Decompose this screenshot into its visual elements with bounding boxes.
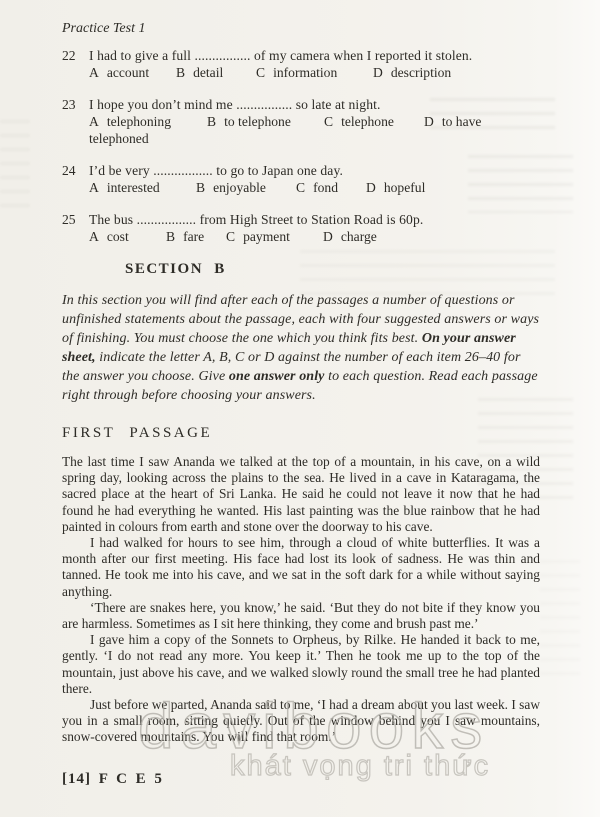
option-letter: D [323, 228, 333, 245]
first-passage-text: The last time I saw Ananda we talked at … [62, 454, 540, 746]
answer-option: Bfare [166, 228, 226, 245]
option-letter: C [226, 228, 235, 245]
question-text: I had to give a full ................ of… [89, 47, 540, 64]
question-item: 25The bus ................. from High St… [62, 211, 540, 245]
option-word: interested [107, 180, 160, 195]
instructions-segment: one answer only [229, 369, 325, 384]
question-number: 25 [62, 211, 89, 245]
answer-option: Atelephoning [89, 113, 207, 130]
question-body: I had to give a full ................ of… [89, 47, 540, 81]
option-word: detail [193, 65, 223, 80]
answer-option: Cfond [296, 179, 366, 196]
bleed-through-artifact [0, 120, 30, 210]
question-body: The bus ................. from High Stre… [89, 211, 540, 245]
answer-option: Bdetail [176, 64, 256, 81]
option-letter: A [89, 179, 99, 196]
question-number: 24 [62, 162, 89, 196]
section-b-heading: SECTION B [125, 260, 540, 278]
question-body: I hope you don’t mind me ...............… [89, 96, 540, 147]
option-word: account [107, 65, 149, 80]
option-letter: C [296, 179, 305, 196]
first-passage-heading: FIRST PASSAGE [62, 424, 540, 442]
option-word: fond [313, 180, 338, 195]
option-letter: B [166, 228, 175, 245]
answer-option: Acost [89, 228, 166, 245]
option-letter: A [89, 64, 99, 81]
option-word: description [391, 65, 451, 80]
question-item: 22I had to give a full ................ … [62, 47, 540, 81]
option-word: enjoyable [213, 180, 266, 195]
page-footer: [14] F C E 5 [62, 771, 163, 788]
question-item: 24I’d be very ................. to go to… [62, 162, 540, 196]
answer-option: Cpayment [226, 228, 323, 245]
answer-option: Aaccount [89, 64, 176, 81]
option-word: to have [442, 114, 482, 129]
option-letter: D [366, 179, 376, 196]
answer-option: Bto telephone [207, 113, 324, 130]
option-letter: B [207, 113, 216, 130]
passage-paragraph: I had walked for hours to see him, throu… [62, 535, 540, 600]
option-letter: A [89, 113, 99, 130]
question-text: I hope you don’t mind me ...............… [89, 96, 540, 113]
option-word: hopeful [384, 180, 426, 195]
option-letter: C [256, 64, 265, 81]
answer-option: Dto have [424, 113, 481, 130]
option-word: cost [107, 229, 129, 244]
option-word: fare [183, 229, 204, 244]
option-letter: D [373, 64, 383, 81]
answer-option: Dhopeful [366, 179, 425, 196]
option-word: telephoning [107, 114, 171, 129]
answer-option: Cinformation [256, 64, 373, 81]
passage-paragraph: I gave him a copy of the Sonnets to Orph… [62, 632, 540, 697]
option-word: information [273, 65, 337, 80]
option-letter: D [424, 113, 434, 130]
question-options: AcostBfareCpaymentDcharge [89, 228, 540, 245]
passage-paragraph: Just before we parted, Ananda said to me… [62, 697, 540, 746]
option-letter: B [196, 179, 205, 196]
question-list: 22I had to give a full ................ … [62, 47, 540, 245]
option-word: telephone [341, 114, 394, 129]
running-header: Practice Test 1 [62, 20, 540, 38]
answer-option: Ddescription [373, 64, 451, 81]
question-number: 23 [62, 96, 89, 147]
option-word: to telephone [224, 114, 291, 129]
option-word: charge [341, 229, 377, 244]
question-options: AaccountBdetailCinformationDdescription [89, 64, 540, 81]
scanned-page: Practice Test 1 22I had to give a full .… [0, 0, 600, 817]
option-carryover: telephoned [89, 130, 540, 147]
answer-option: Dcharge [323, 228, 377, 245]
answer-option: Ainterested [89, 179, 196, 196]
question-item: 23I hope you don’t mind me .............… [62, 96, 540, 147]
answer-option: Ctelephone [324, 113, 424, 130]
passage-paragraph: ‘There are snakes here, you know,’ he sa… [62, 600, 540, 632]
option-letter: C [324, 113, 333, 130]
question-number: 22 [62, 47, 89, 81]
watermark-slogan: khát vọng tri thức [230, 750, 490, 782]
option-letter: A [89, 228, 99, 245]
question-text: I’d be very ................. to go to J… [89, 162, 540, 179]
passage-paragraph: The last time I saw Ananda we talked at … [62, 454, 540, 535]
bleed-through-artifact [540, 560, 580, 680]
question-text: The bus ................. from High Stre… [89, 211, 540, 228]
option-letter: B [176, 64, 185, 81]
answer-option: Benjoyable [196, 179, 296, 196]
question-body: I’d be very ................. to go to J… [89, 162, 540, 196]
question-options: AtelephoningBto telephoneCtelephoneDto h… [89, 113, 540, 130]
question-options: AinterestedBenjoyableCfondDhopeful [89, 179, 540, 196]
option-word: payment [243, 229, 290, 244]
section-b-instructions: In this section you will find after each… [62, 291, 540, 405]
page-content: Practice Test 1 22I had to give a full .… [62, 20, 540, 746]
